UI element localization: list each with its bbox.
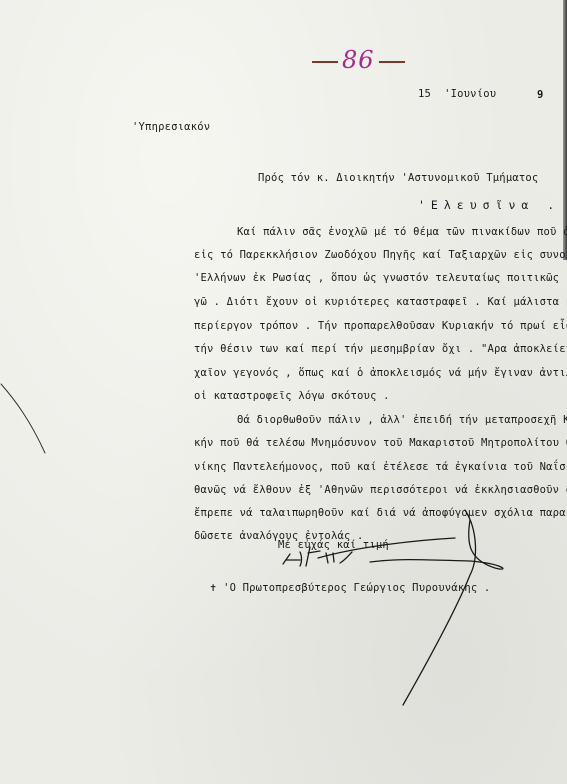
handwritten-signature	[0, 0, 567, 784]
document-page: 86 15 'Ιουνίου 9 'Υπηρεσιακόν Πρός τόν κ…	[0, 0, 567, 784]
